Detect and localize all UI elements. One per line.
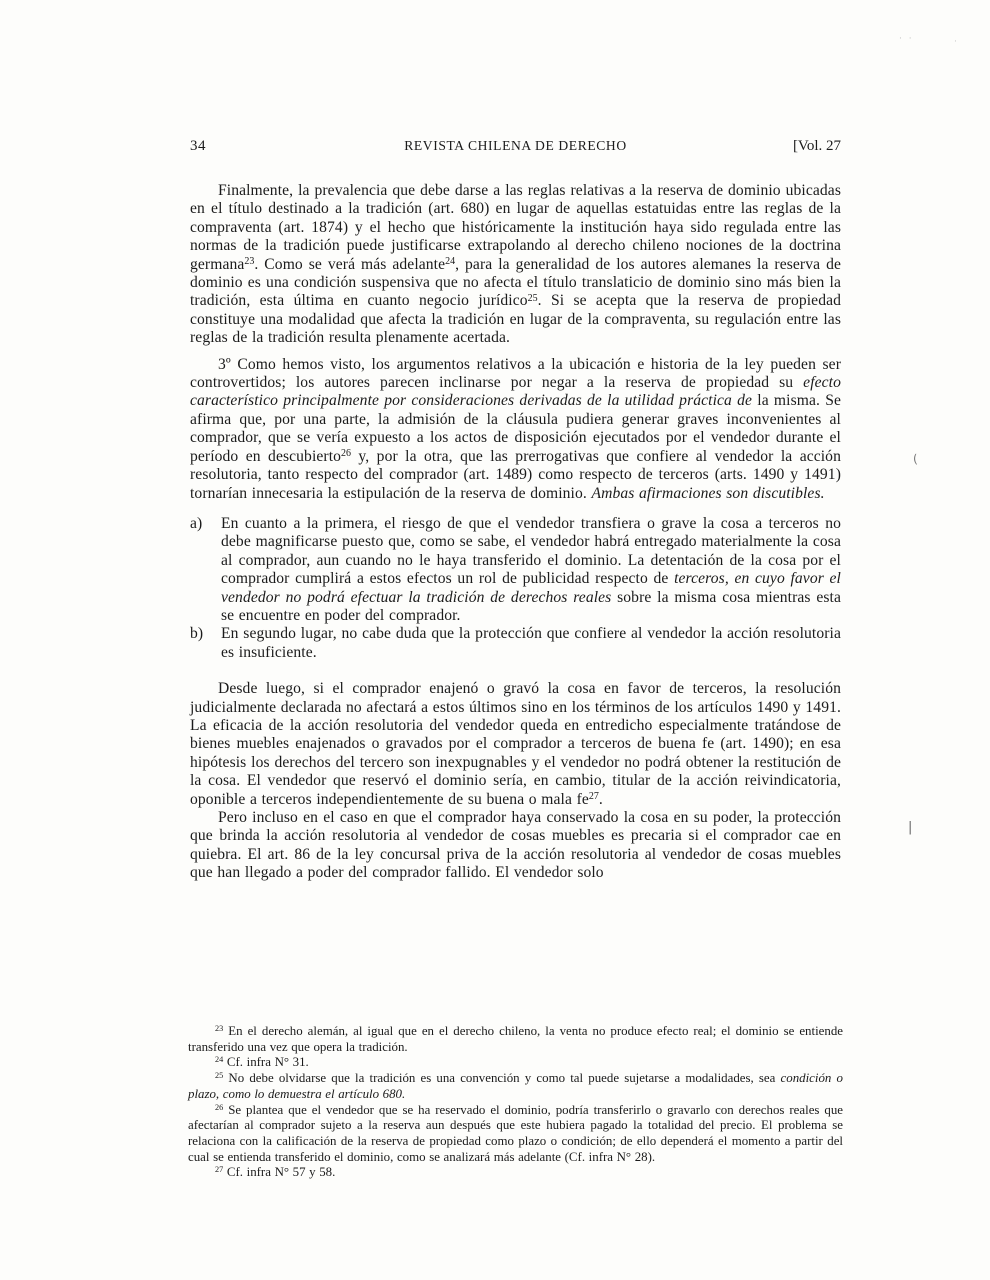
paragraph-desde-luego: Desde luego, si el comprador enajenó o g…	[190, 680, 841, 809]
footnote-27: 27 Cf. infra N° 57 y 58.	[188, 1165, 843, 1181]
list-item-a: a) En cuanto a la primera, el riesgo de …	[190, 515, 841, 625]
paragraph-pero-incluso: Pero incluso en el caso en que el compra…	[190, 809, 841, 883]
paragraph-finalmente: Finalmente, la prevalencia que debe dars…	[190, 182, 841, 348]
footnote-24: 24 Cf. infra N° 31.	[188, 1055, 843, 1071]
page-number: 34	[190, 138, 280, 155]
list-marker-a: a)	[190, 515, 221, 625]
scan-artifact-speck: · ·	[899, 34, 914, 44]
scan-artifact-mark: |	[908, 820, 912, 835]
paragraph-tercero: 3º Como hemos visto, los argumentos rela…	[190, 356, 841, 503]
article-body: Finalmente, la prevalencia que debe dars…	[190, 182, 841, 883]
running-header: 34 REVISTA CHILENA DE DERECHO [Vol. 27	[190, 138, 841, 155]
footnote-25: 25 No debe olvidarse que la tradición es…	[188, 1071, 843, 1102]
scan-artifact-speck: ·	[954, 37, 957, 47]
list-item-a-text: En cuanto a la primera, el riesgo de que…	[221, 515, 841, 625]
list-item-b: b) En segundo lugar, no cabe duda que la…	[190, 625, 841, 662]
footnotes-block: 23 En el derecho alemán, al igual que en…	[188, 1024, 843, 1181]
volume-label: [Vol. 27	[751, 138, 841, 155]
scan-artifact-mark: (	[913, 452, 919, 466]
list-item-b-text: En segundo lugar, no cabe duda que la pr…	[221, 625, 841, 662]
scanned-journal-page: 34 REVISTA CHILENA DE DERECHO [Vol. 27 F…	[0, 0, 990, 1280]
journal-title: REVISTA CHILENA DE DERECHO	[280, 138, 751, 154]
footnote-26: 26 Se plantea que el vendedor que se ha …	[188, 1103, 843, 1166]
footnote-23: 23 En el derecho alemán, al igual que en…	[188, 1024, 843, 1055]
list-marker-b: b)	[190, 625, 221, 662]
